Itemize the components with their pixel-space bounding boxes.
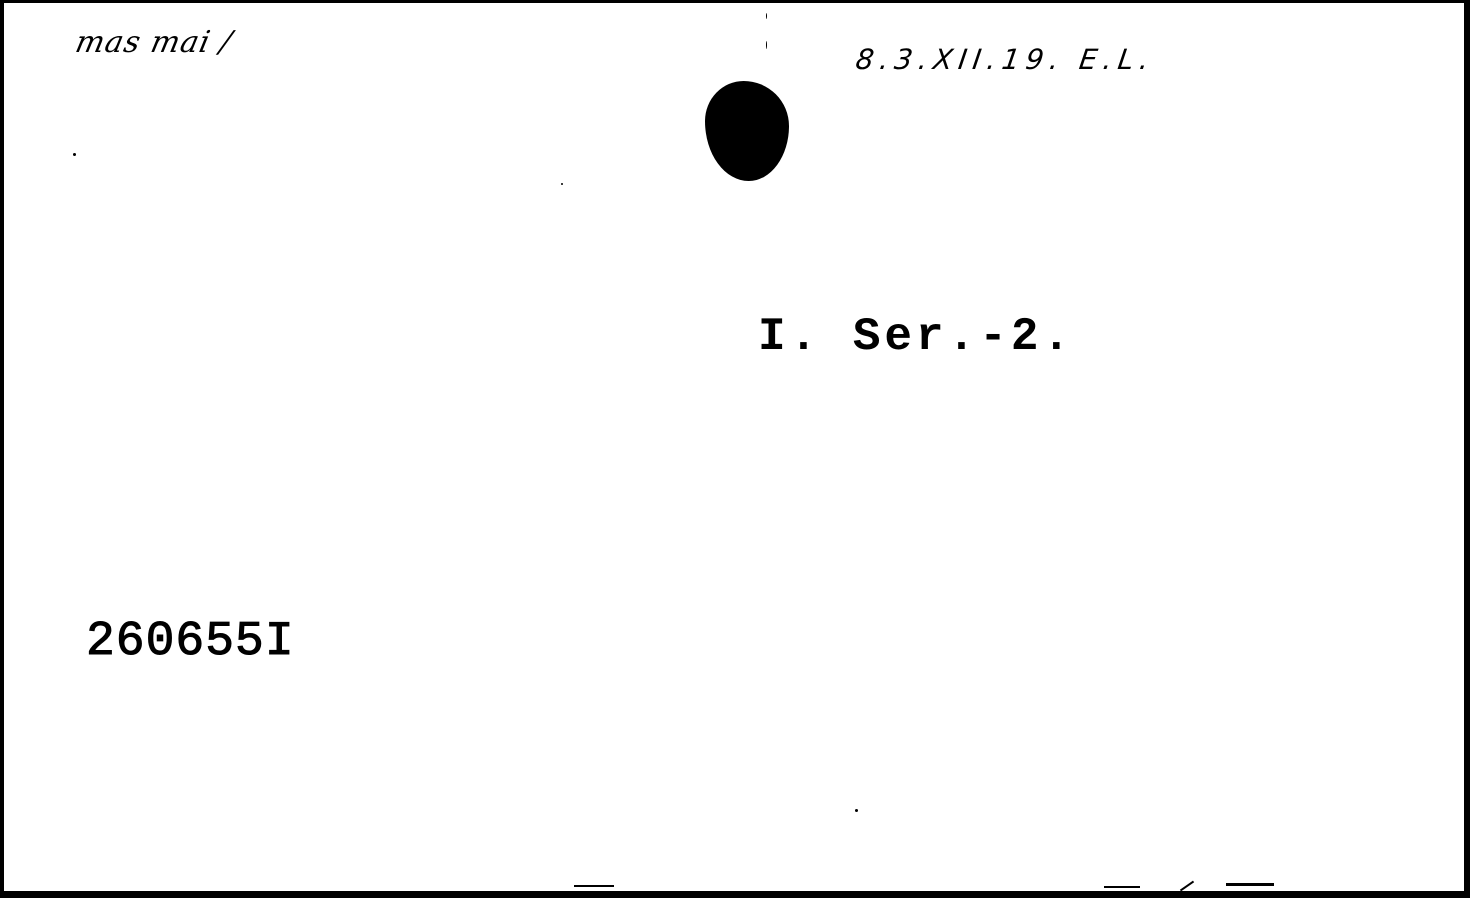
ink-speck: [766, 41, 767, 49]
bottom-edge-marks: [4, 881, 1464, 891]
handwritten-note-top-left: mas mai /: [72, 25, 235, 60]
index-card: mas mai / 8.3.XII.19. E.L. I. Ser.-2. 26…: [4, 3, 1464, 891]
handwritten-date-annotation: 8.3.XII.19. E.L.: [854, 43, 1157, 76]
ink-speck: [766, 13, 767, 19]
ink-speck: [73, 153, 76, 156]
ink-speck: [855, 809, 858, 812]
punch-hole: [705, 81, 789, 181]
ink-speck: [561, 183, 563, 185]
typed-record-number: 260655I: [86, 615, 295, 669]
typed-series-label: I. Ser.-2.: [758, 311, 1074, 363]
